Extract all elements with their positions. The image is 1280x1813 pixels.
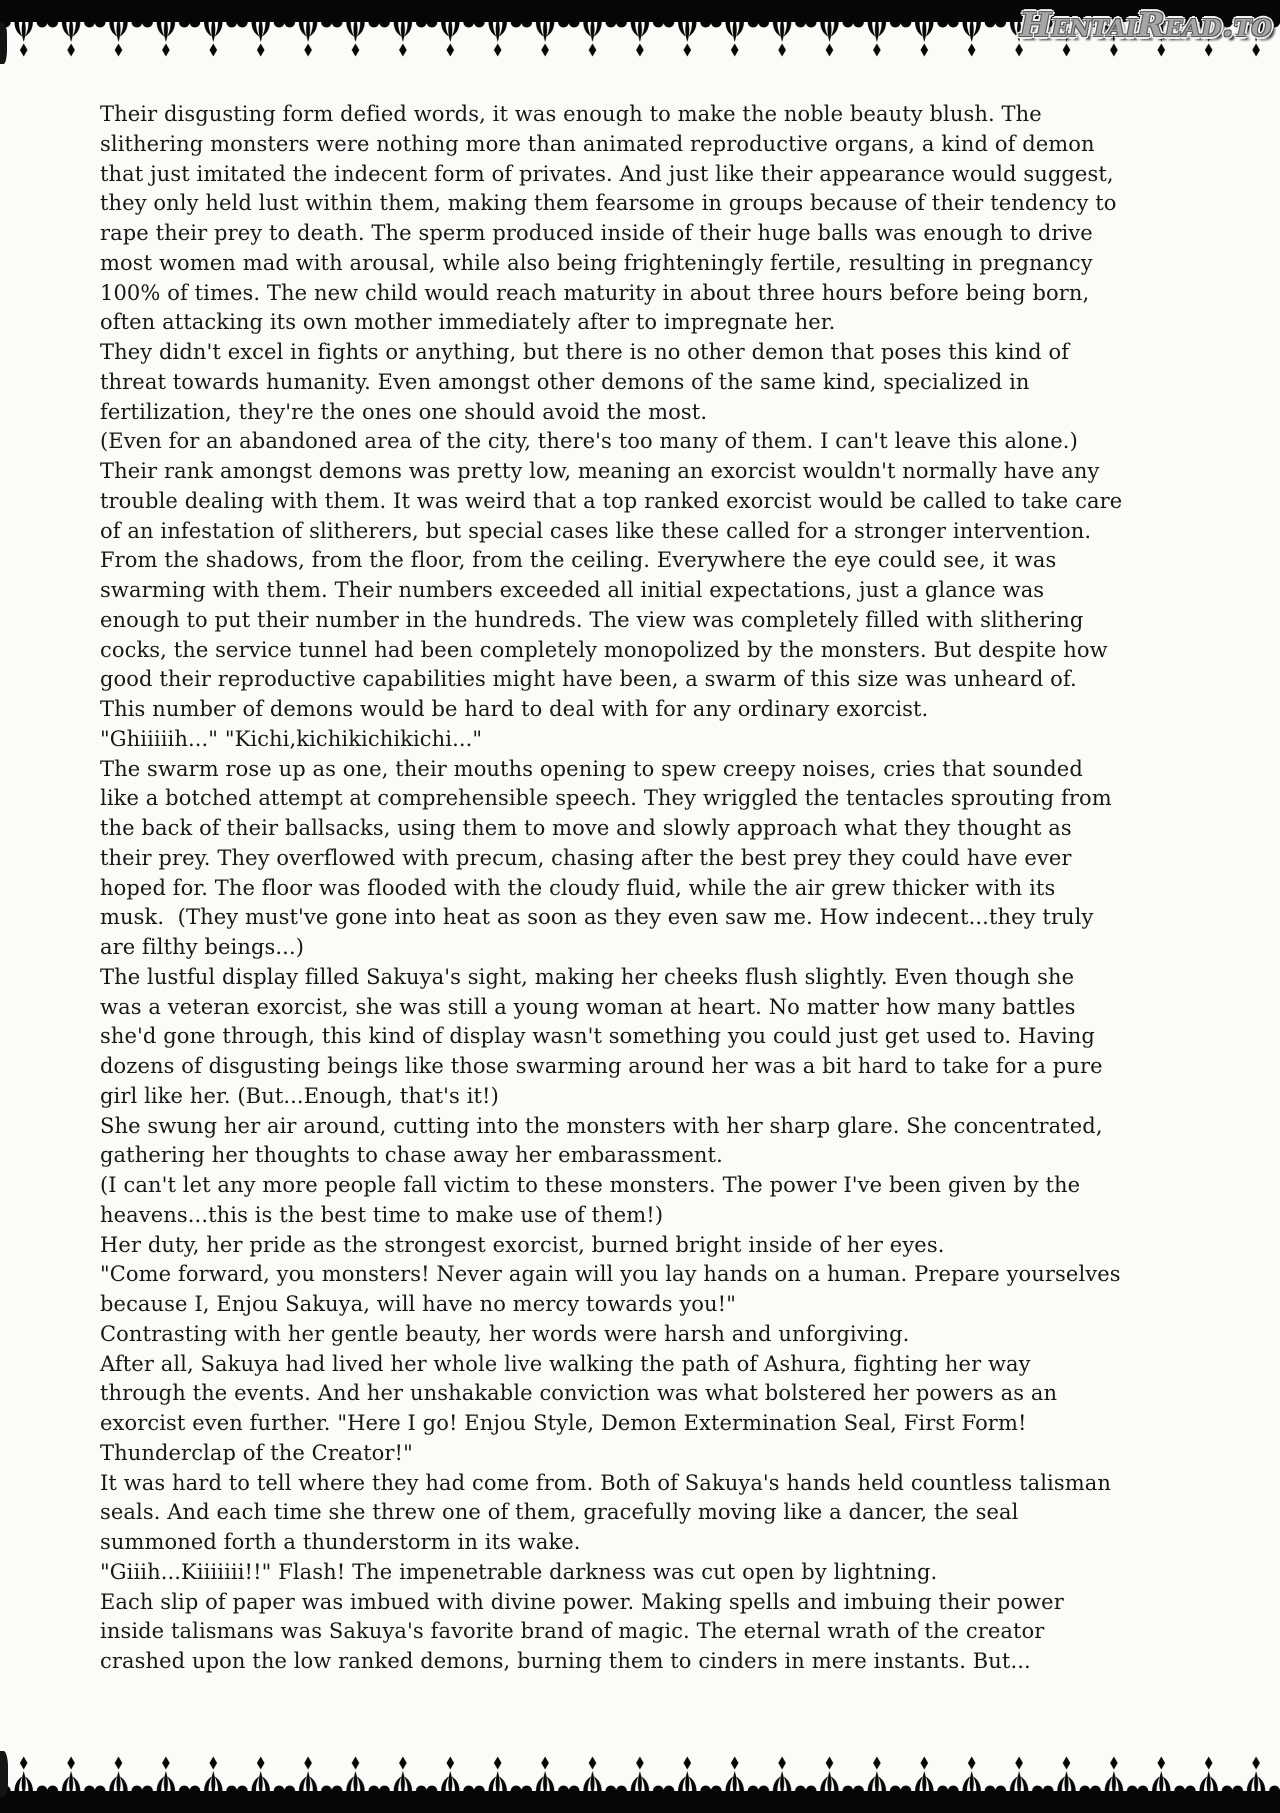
text-line: slithering monsters were nothing more th…	[100, 130, 1260, 160]
decorative-border-bottom	[0, 1755, 1280, 1813]
text-line: 100% of times. The new child would reach…	[100, 279, 1260, 309]
scan-artifact	[0, 1751, 8, 1797]
watermark-logo: HentaiRead.to	[1020, 5, 1272, 44]
text-line: exorcist even further. "Here I go! Enjou…	[100, 1409, 1260, 1439]
text-line: trouble dealing with them. It was weird …	[100, 487, 1260, 517]
text-line: The lustful display filled Sakuya's sigh…	[100, 963, 1260, 993]
text-line: rape their prey to death. The sperm prod…	[100, 219, 1260, 249]
text-line: Each slip of paper was imbued with divin…	[100, 1588, 1260, 1618]
text-line: The swarm rose up as one, their mouths o…	[100, 755, 1260, 785]
text-line: summoned forth a thunderstorm in its wak…	[100, 1528, 1260, 1558]
text-line: "Giiih...Kiiiiiii!!" Flash! The impenetr…	[100, 1558, 1260, 1588]
text-line: often attacking its own mother immediate…	[100, 308, 1260, 338]
text-line: threat towards humanity. Even amongst ot…	[100, 368, 1260, 398]
text-line: are filthy beings...)	[100, 933, 1260, 963]
text-line: the back of their ballsacks, using them …	[100, 814, 1260, 844]
text-line: It was hard to tell where they had come …	[100, 1469, 1260, 1499]
text-line: enough to put their number in the hundre…	[100, 606, 1260, 636]
text-line: cocks, the service tunnel had been compl…	[100, 636, 1260, 666]
text-line: fertilization, they're the ones one shou…	[100, 398, 1260, 428]
text-line: because I, Enjou Sakuya, will have no me…	[100, 1290, 1260, 1320]
text-line: good their reproductive capabilities mig…	[100, 665, 1260, 695]
text-line: "Come forward, you monsters! Never again…	[100, 1260, 1260, 1290]
text-line: musk. (They must've gone into heat as so…	[100, 903, 1260, 933]
text-line: Contrasting with her gentle beauty, her …	[100, 1320, 1260, 1350]
text-line: was a veteran exorcist, she was still a …	[100, 993, 1260, 1023]
text-line: like a botched attempt at comprehensible…	[100, 784, 1260, 814]
text-line: most women mad with arousal, while also …	[100, 249, 1260, 279]
story-text: Their disgusting form defied words, it w…	[100, 100, 1260, 1677]
text-line: (I can't let any more people fall victim…	[100, 1171, 1260, 1201]
text-line: Thunderclap of the Creator!"	[100, 1439, 1260, 1469]
text-line: From the shadows, from the floor, from t…	[100, 546, 1260, 576]
text-line: swarming with them. Their numbers exceed…	[100, 576, 1260, 606]
text-line: Their rank amongst demons was pretty low…	[100, 457, 1260, 487]
text-line: girl like her. (But...Enough, that's it!…	[100, 1082, 1260, 1112]
manga-page[interactable]: HentaiRead.to Their disgusting form defi…	[0, 0, 1280, 1813]
text-line: crashed upon the low ranked demons, burn…	[100, 1647, 1260, 1677]
text-line: They didn't excel in fights or anything,…	[100, 338, 1260, 368]
text-line: seals. And each time she threw one of th…	[100, 1498, 1260, 1528]
text-line: After all, Sakuya had lived her whole li…	[100, 1350, 1260, 1380]
text-line: She swung her air around, cutting into t…	[100, 1112, 1260, 1142]
scan-artifact	[0, 22, 7, 64]
text-line: of an infestation of slitherers, but spe…	[100, 517, 1260, 547]
text-line: through the events. And her unshakable c…	[100, 1379, 1260, 1409]
text-line: that just imitated the indecent form of …	[100, 160, 1260, 190]
text-line: gathering her thoughts to chase away her…	[100, 1141, 1260, 1171]
text-line: This number of demons would be hard to d…	[100, 695, 1260, 725]
text-line: hoped for. The floor was flooded with th…	[100, 874, 1260, 904]
text-line: (Even for an abandoned area of the city,…	[100, 427, 1260, 457]
text-line: Her duty, her pride as the strongest exo…	[100, 1231, 1260, 1261]
text-line: Their disgusting form defied words, it w…	[100, 100, 1260, 130]
fleur-de-lis-border-icon	[0, 1755, 1280, 1813]
text-line: heavens...this is the best time to make …	[100, 1201, 1260, 1231]
text-line: their prey. They overflowed with precum,…	[100, 844, 1260, 874]
text-line: inside talismans was Sakuya's favorite b…	[100, 1617, 1260, 1647]
text-line: "Ghiiiiih..." "Kichi,kichikichikichi..."	[100, 725, 1260, 755]
text-line: she'd gone through, this kind of display…	[100, 1022, 1260, 1052]
text-line: dozens of disgusting beings like those s…	[100, 1052, 1260, 1082]
text-line: they only held lust within them, making …	[100, 189, 1260, 219]
